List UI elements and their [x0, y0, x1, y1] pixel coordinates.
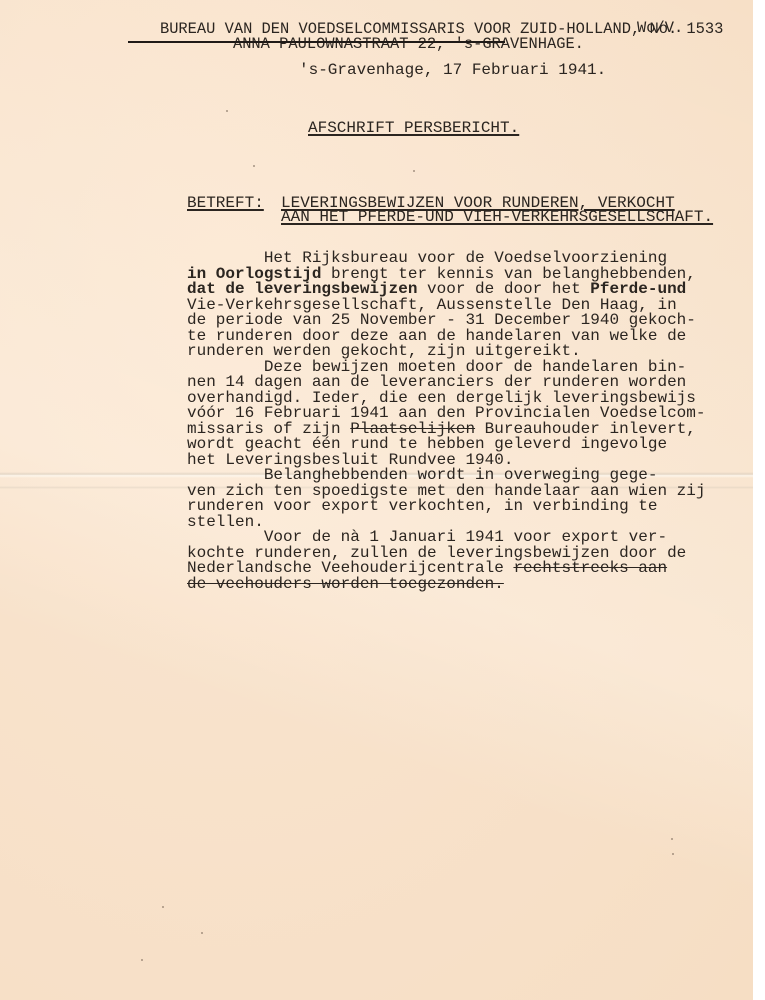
body-p2-line-2: nen 14 dagen aan de leveranciers der run… [187, 374, 686, 390]
body-p3-line-1: Belanghebbenden wordt in overweging gege… [187, 467, 657, 483]
document-page: BUREAU VAN DEN VOEDSELCOMMISSARIS VOOR Z… [0, 0, 753, 1000]
body-p4-line-4: de veehouders worden toegezonden. [187, 576, 504, 592]
paper-speck [671, 838, 673, 840]
paper-speck [672, 853, 674, 855]
paper-speck [201, 932, 203, 934]
paper-speck [253, 165, 255, 167]
body-p3-line-3: runderen voor export verkochten, in verb… [187, 498, 657, 514]
paper-speck [162, 906, 164, 908]
struck-text: de veehouders worden toegezonden. [187, 575, 504, 593]
struck-text: rechtstreeks aan [513, 559, 667, 577]
date-line: 's-Gravenhage, 17 Februari 1941. [299, 62, 606, 78]
letterhead-rule [128, 41, 505, 43]
letterhead-address: ANNA PAULOWNASTRAAT 22, 's-GRAVENHAGE. [233, 35, 584, 53]
paper-speck [141, 959, 143, 961]
body-p1-line-3: dat de leveringsbewijzen voor de door he… [187, 281, 686, 297]
subject-label: BETREFT: [187, 195, 264, 211]
body-p1-line-7: runderen werden gekocht, zijn uitgereikt… [187, 343, 581, 359]
paper-speck [226, 110, 228, 112]
reference-code: Wo/V. [637, 20, 683, 36]
body-p1-line-5: de periode van 25 November - 31 December… [187, 312, 696, 328]
paper-speck [413, 170, 415, 172]
subject-line-2: AAN HET PFERDE-UND VIEH-VERKEHRSGESELLSC… [281, 209, 713, 225]
body-p2-line-6: wordt geacht één rund te hebben geleverd… [187, 436, 667, 452]
body-p4-line-1: Voor de nà 1 Januari 1941 voor export ve… [187, 529, 667, 545]
document-title: AFSCHRIFT PERSBERICHT. [308, 120, 519, 136]
